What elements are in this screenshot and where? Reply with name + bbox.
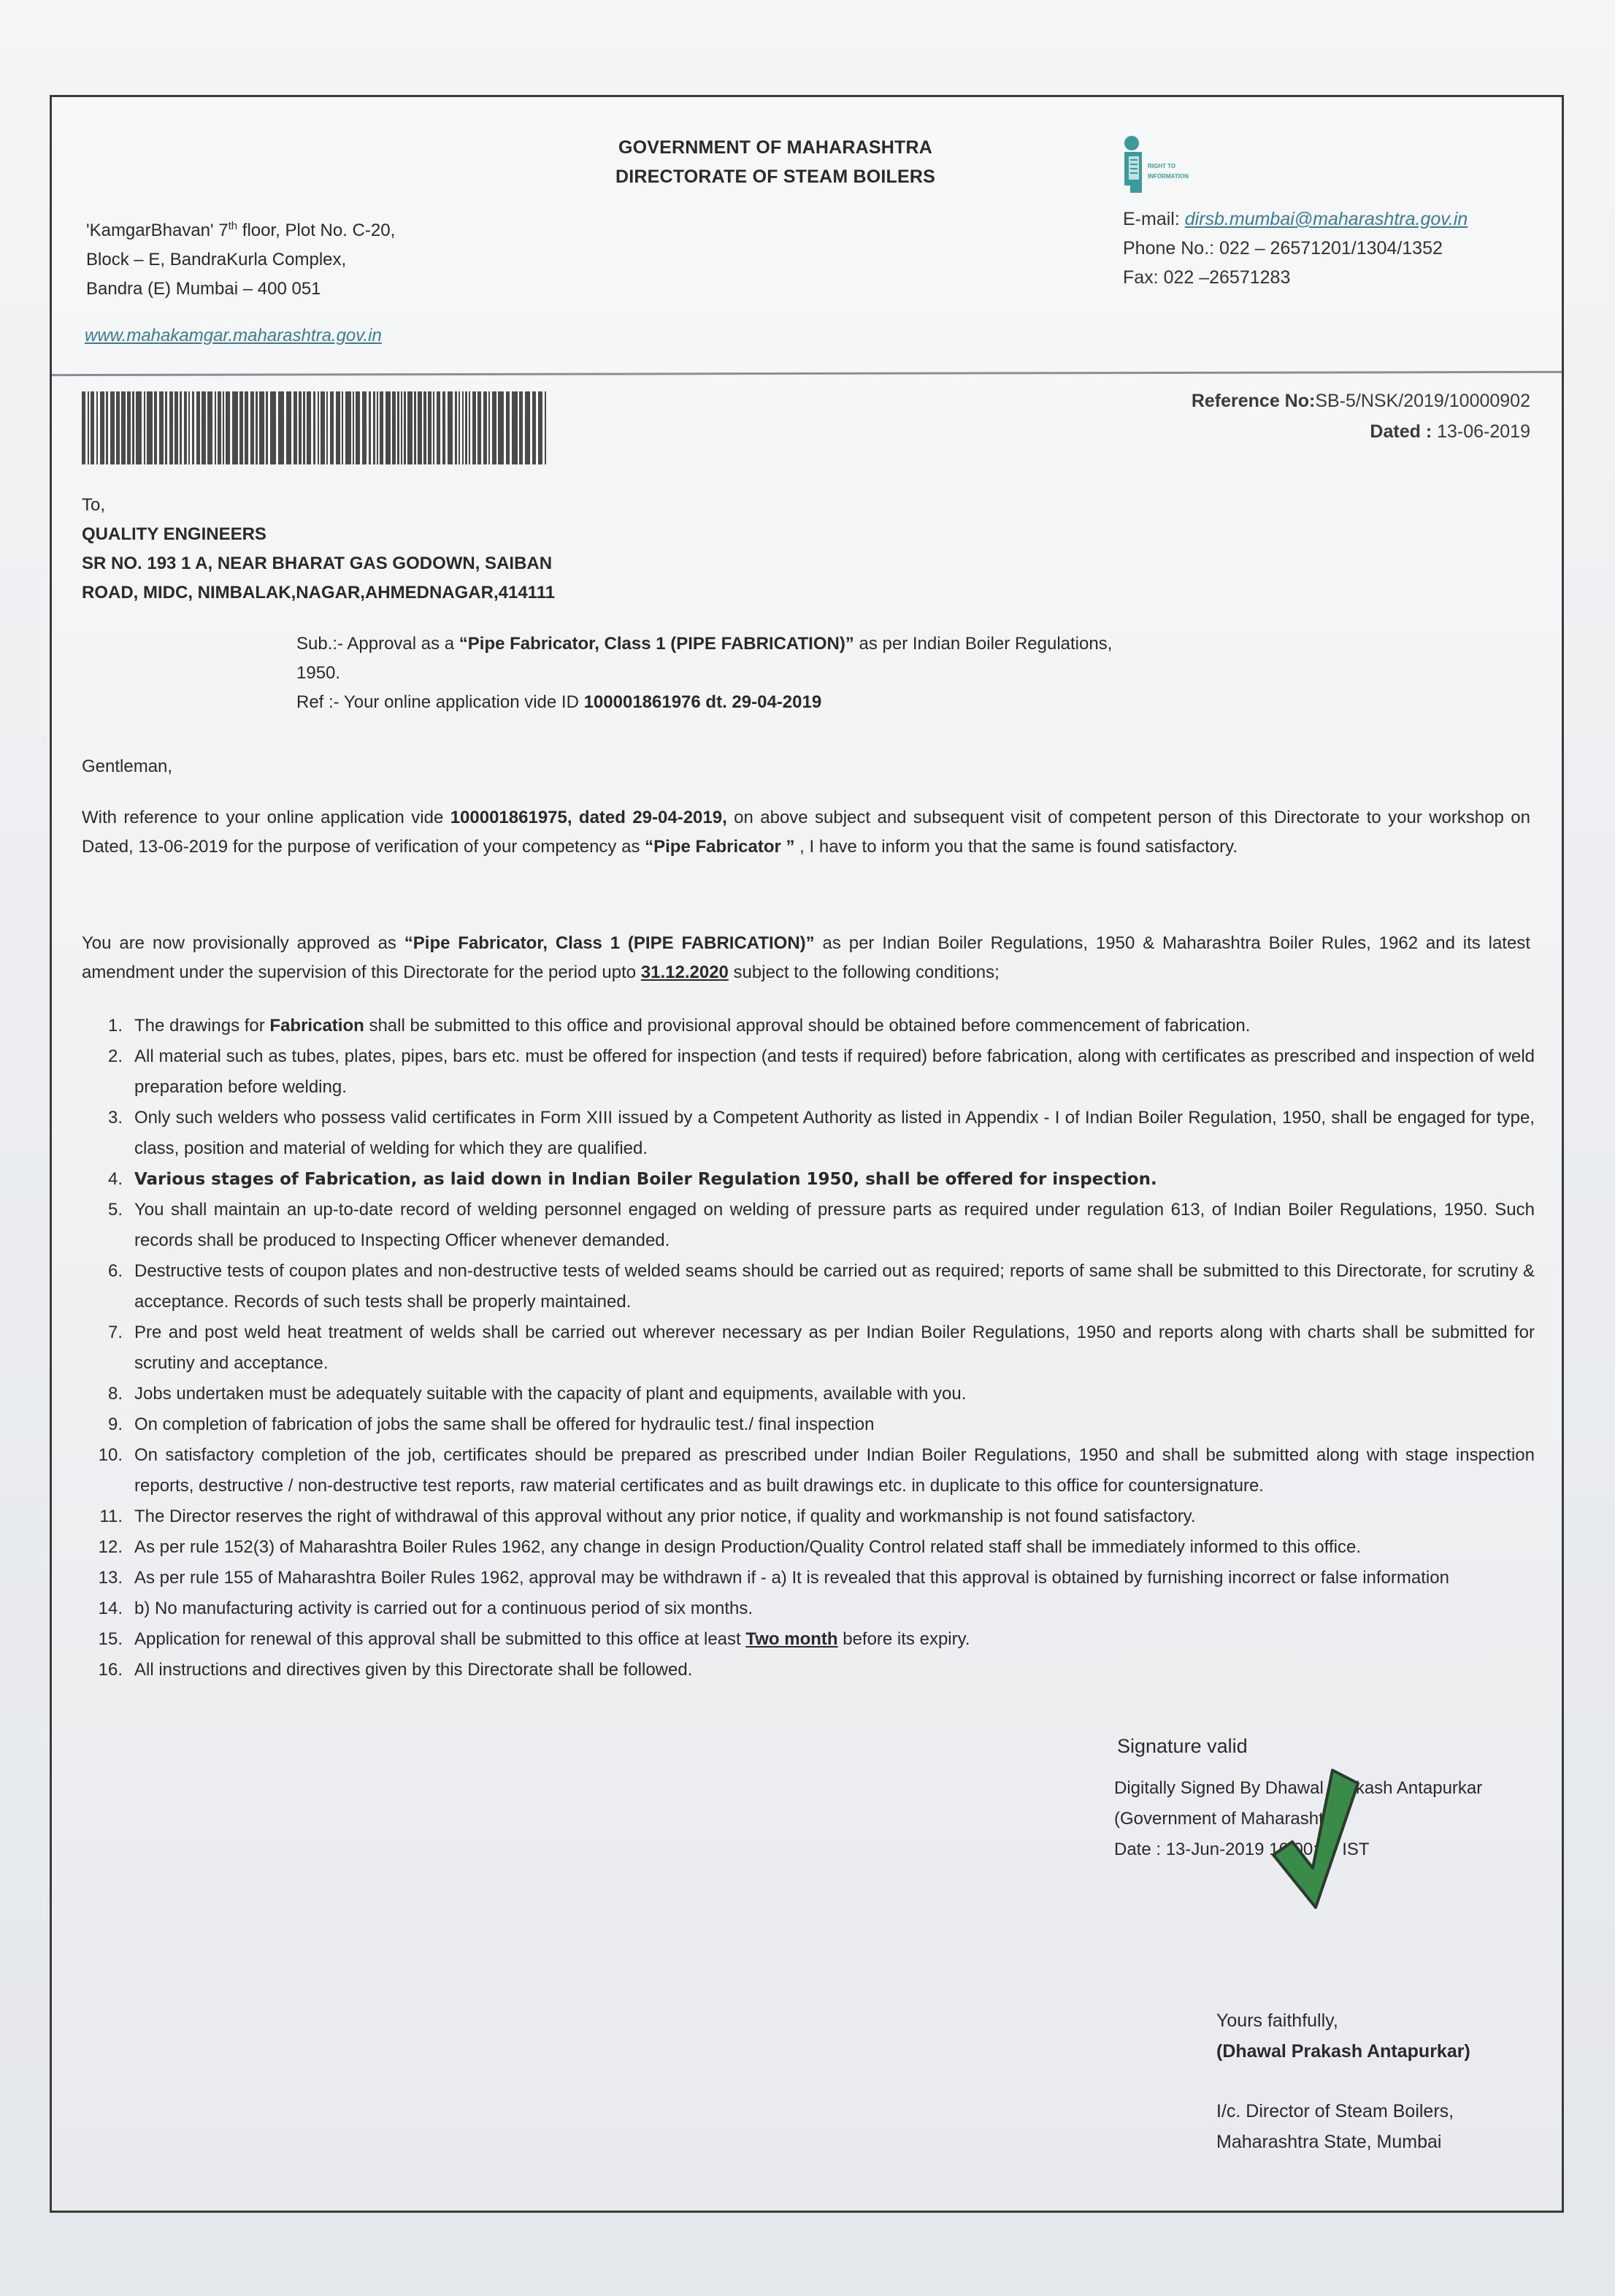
- condition-item: 14.b) No manufacturing activity is carri…: [82, 1593, 1535, 1624]
- phone-number: Phone No.: 022 – 26571201/1304/1352: [1123, 234, 1468, 263]
- office-address: 'KamgarBhavan' 7th floor, Plot No. C-20,…: [86, 212, 395, 304]
- paragraph-reference: With reference to your online applicatio…: [82, 803, 1530, 862]
- fax-number: Fax: 022 –26571283: [1123, 263, 1468, 292]
- recipient-address-1: SR NO. 193 1 A, NEAR BHARAT GAS GODOWN, …: [82, 549, 555, 578]
- paragraph-approval: You are now provisionally approved as “P…: [82, 929, 1530, 987]
- condition-item: 15.Application for renewal of this appro…: [82, 1624, 1535, 1655]
- signatory-name: (Dhawal Prakash Antapurkar): [1216, 2036, 1470, 2067]
- condition-item: 4.Various stages of Fabrication, as laid…: [82, 1164, 1535, 1195]
- condition-item: 11.The Director reserves the right of wi…: [82, 1501, 1535, 1532]
- condition-item: 6.Destructive tests of coupon plates and…: [82, 1256, 1535, 1317]
- rti-person-icon: RIGHT TO INFORMATION: [1121, 134, 1238, 200]
- subject-line: Sub.:- Approval as a “Pipe Fabricator, C…: [296, 630, 1304, 659]
- conditions-list: 1.The drawings for Fabrication shall be …: [82, 1011, 1535, 1685]
- greeting: Gentleman,: [82, 757, 172, 777]
- subject-line-2: 1950.: [296, 659, 1304, 688]
- email-link[interactable]: dirsb.mumbai@maharashtra.gov.in: [1185, 209, 1468, 229]
- condition-item: 2.All material such as tubes, plates, pi…: [82, 1041, 1535, 1103]
- recipient-address-2: ROAD, MIDC, NIMBALAK,NAGAR,AHMEDNAGAR,41…: [82, 578, 555, 608]
- right-to-information-logo: RIGHT TO INFORMATION: [1121, 134, 1238, 200]
- closing-salutation: Yours faithfully,: [1216, 2005, 1470, 2036]
- closing-block: Yours faithfully, (Dhawal Prakash Antapu…: [1216, 2005, 1470, 2157]
- contact-details: E-mail: dirsb.mumbai@maharashtra.gov.in …: [1123, 204, 1468, 292]
- green-checkmark-icon: [1270, 1766, 1365, 1912]
- condition-item: 9.On completion of fabrication of jobs t…: [82, 1409, 1535, 1440]
- condition-item: 3.Only such welders who possess valid ce…: [82, 1103, 1535, 1164]
- subject-block: Sub.:- Approval as a “Pipe Fabricator, C…: [296, 630, 1304, 717]
- condition-item: 5.You shall maintain an up-to-date recor…: [82, 1195, 1535, 1256]
- address-line-3: Bandra (E) Mumbai – 400 051: [86, 275, 395, 304]
- condition-item: 8.Jobs undertaken must be adequately sui…: [82, 1379, 1535, 1409]
- svg-text:RIGHT TO: RIGHT TO: [1148, 163, 1175, 169]
- reference-block: Reference No:SB-5/NSK/2019/10000902 Date…: [1192, 386, 1530, 447]
- recipient-block: To, QUALITY ENGINEERS SR NO. 193 1 A, NE…: [82, 491, 555, 608]
- to-label: To,: [82, 491, 555, 520]
- condition-item: 7.Pre and post weld heat treatment of we…: [82, 1317, 1535, 1379]
- barcode: [82, 389, 549, 467]
- email-row: E-mail: dirsb.mumbai@maharashtra.gov.in: [1123, 204, 1468, 234]
- barcode-graphic: [82, 389, 549, 467]
- condition-item: 1.The drawings for Fabrication shall be …: [82, 1011, 1535, 1041]
- condition-item: 10.On satisfactory completion of the job…: [82, 1440, 1535, 1501]
- recipient-name: QUALITY ENGINEERS: [82, 520, 555, 549]
- condition-item: 13.As per rule 155 of Maharashtra Boiler…: [82, 1563, 1535, 1593]
- reference-number: Reference No:SB-5/NSK/2019/10000902: [1192, 386, 1530, 416]
- signatory-location: Maharashtra State, Mumbai: [1216, 2127, 1470, 2157]
- signature-status: Signature valid: [1117, 1735, 1248, 1758]
- svg-text:INFORMATION: INFORMATION: [1148, 173, 1189, 180]
- org-name: GOVERNMENT OF MAHARASHTRA: [593, 133, 958, 162]
- condition-item: 16.All instructions and directives given…: [82, 1655, 1535, 1685]
- website-link[interactable]: www.mahakamgar.maharashtra.gov.in: [85, 326, 382, 346]
- department-name: DIRECTORATE OF STEAM BOILERS: [593, 162, 958, 191]
- signatory-title: I/c. Director of Steam Boilers,: [1216, 2096, 1470, 2127]
- reference-date: Dated : 13-06-2019: [1192, 416, 1530, 447]
- condition-item: 12.As per rule 152(3) of Maharashtra Boi…: [82, 1532, 1535, 1563]
- letterhead-title: GOVERNMENT OF MAHARASHTRA DIRECTORATE OF…: [593, 133, 958, 191]
- address-line-2: Block – E, BandraKurla Complex,: [86, 245, 395, 275]
- address-line-1: 'KamgarBhavan' 7th floor, Plot No. C-20,: [86, 212, 395, 245]
- reference-line: Ref :- Your online application vide ID 1…: [296, 688, 1304, 717]
